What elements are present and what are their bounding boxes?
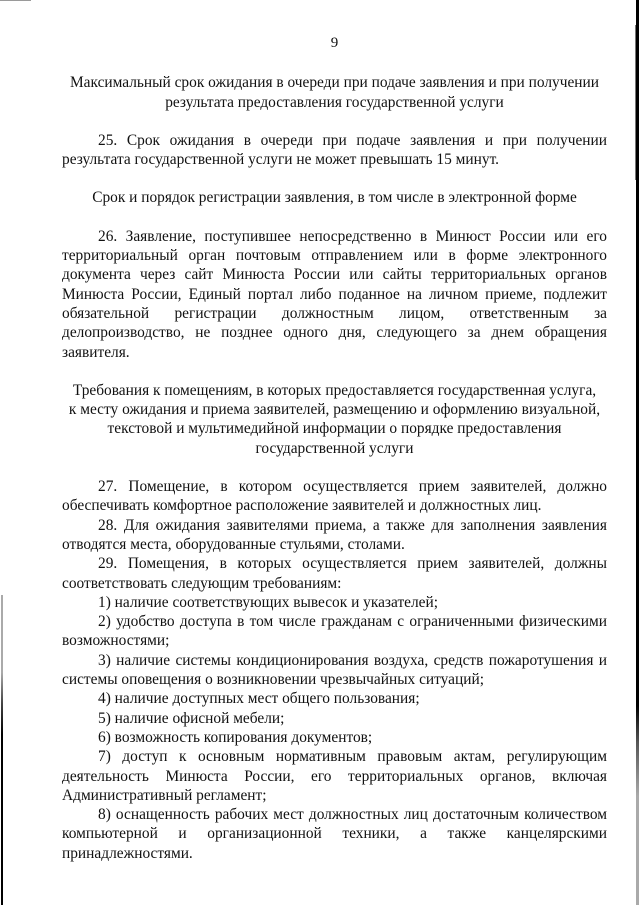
- list-item: 3) наличие системы кондиционирования воз…: [62, 651, 607, 690]
- paragraph-27: 27. Помещение, в котором осуществляется …: [62, 477, 607, 516]
- list-item: 5) наличие офисной мебели;: [62, 709, 607, 728]
- scan-edge-left: [1, 595, 3, 905]
- list-item: 1) наличие соответствующих вывесок и ука…: [62, 593, 607, 612]
- paragraph-29: 29. Помещения, в которых осуществляется …: [62, 554, 607, 593]
- list-item: 7) доступ к основным нормативным правовы…: [62, 747, 607, 805]
- page-number: 9: [62, 34, 607, 53]
- list-item: 2) удобство доступа в том числе граждана…: [62, 612, 607, 651]
- heading-line: Требования к помещениям, в которых предо…: [62, 381, 607, 400]
- scan-edge-right: [636, 0, 639, 905]
- heading-line: текстовой и мультимедийной информации о …: [62, 419, 607, 438]
- paragraph-25: 25. Срок ожидания в очереди при подаче з…: [62, 131, 607, 170]
- list-item: 6) возможность копирования документов;: [62, 728, 607, 747]
- scan-edge-right-inner: [635, 25, 636, 180]
- section-heading-premises-requirements: Требования к помещениям, в которых предо…: [62, 381, 607, 458]
- list-item: 4) наличие доступных мест общего пользов…: [62, 689, 607, 708]
- paragraph-26: 26. Заявление, поступившее непосредствен…: [62, 227, 607, 362]
- scan-edge-mark: [0, 0, 31, 1]
- list-item: 8) оснащенность рабочих мест должностных…: [62, 805, 607, 863]
- section-heading-registration: Срок и порядок регистрации заявления, в …: [62, 188, 607, 207]
- heading-line: к месту ожидания и приема заявителей, ра…: [62, 400, 607, 419]
- paragraph-28: 28. Для ожидания заявителями приема, а т…: [62, 516, 607, 555]
- section-heading-queue-wait-time: Максимальный срок ожидания в очереди при…: [62, 73, 607, 112]
- heading-line: государственной услуги: [62, 439, 607, 458]
- document-page: 9 Максимальный срок ожидания в очереди п…: [62, 34, 607, 863]
